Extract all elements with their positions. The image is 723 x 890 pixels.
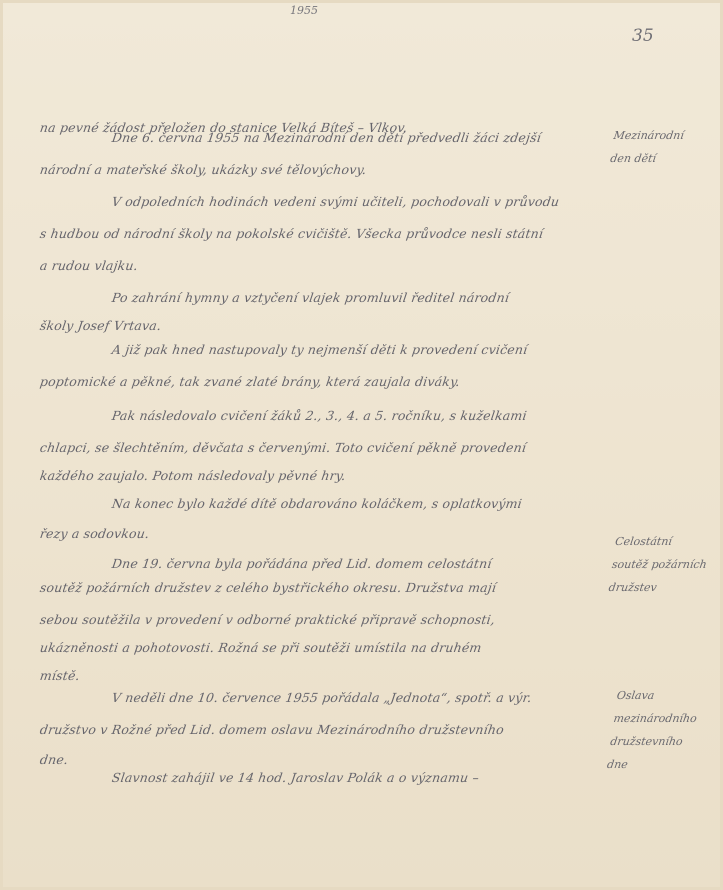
margin-note: Celostátnísoutěž požárníchdružstev [607, 530, 711, 599]
text-line: každého zaujalo. Potom následovaly pěvné… [39, 468, 347, 483]
text-line: Dne 19. června byla pořádána před Lid. d… [111, 556, 493, 571]
text-line: a rudou vlajku. [39, 258, 139, 273]
margin-note: Mezinárodníden dětí [609, 124, 686, 170]
margin-note-line: soutěž požárních [610, 553, 708, 576]
margin-note-line: družstev [607, 576, 705, 599]
margin-note-line: den dětí [609, 147, 682, 170]
text-line: chlapci, se šlechtěním, děvčata s červen… [39, 440, 527, 455]
text-line: sebou soutěžila v provedení v odborné pr… [39, 612, 496, 627]
text-line: místě. [39, 668, 81, 683]
page-year: 1955 [290, 4, 318, 17]
margin-note-line: mezinárodního [612, 707, 698, 730]
text-line: poptomické a pěkné, tak zvané zlaté brán… [39, 374, 461, 389]
text-line: soutěž požárních družstev z celého bystř… [39, 580, 497, 595]
margin-note-line: družstevního [609, 730, 695, 753]
margin-note: Oslavamezinárodníhodružstevníhodne [606, 684, 702, 776]
text-line: Po zahrání hymny a vztyčení vlajek proml… [111, 290, 510, 305]
page-number: 35 [632, 26, 654, 46]
text-line: V neděli dne 10. července 1955 pořádala … [111, 690, 533, 705]
margin-note-line: Celostátní [614, 530, 712, 553]
text-line: školy Josef Vrtava. [39, 318, 162, 333]
text-line: řezy a sodovkou. [39, 526, 150, 541]
manuscript-page: 1955 35 na pevné žádost přeložen do stan… [0, 0, 723, 890]
text-line: ukázněnosti a pohotovosti. Rožná se při … [39, 640, 483, 655]
text-line: A již pak hned nastupovaly ty nejmenší d… [111, 342, 529, 357]
text-line: Slavnost zahájil ve 14 hod. Jaroslav Pol… [111, 770, 480, 785]
text-line: národní a mateřské školy, ukázky své těl… [39, 162, 367, 177]
margin-note-line: dne [606, 753, 692, 776]
margin-note-line: Oslava [615, 684, 701, 707]
text-line: družstvo v Rožné před Lid. domem oslavu … [39, 722, 505, 737]
margin-note-line: Mezinárodní [612, 124, 685, 147]
text-line: Na konec bylo každé dítě obdarováno kolá… [111, 496, 523, 511]
text-line: Pak následovalo cvičení žáků 2., 3., 4. … [111, 408, 528, 423]
text-line: dne. [39, 752, 69, 767]
text-line: s hudbou od národní školy na pokolské cv… [39, 226, 544, 241]
text-line: Dne 6. června 1955 na Mezinárodní den dě… [111, 130, 542, 145]
text-line: V odpoledních hodinách vedeni svými učit… [111, 194, 560, 209]
